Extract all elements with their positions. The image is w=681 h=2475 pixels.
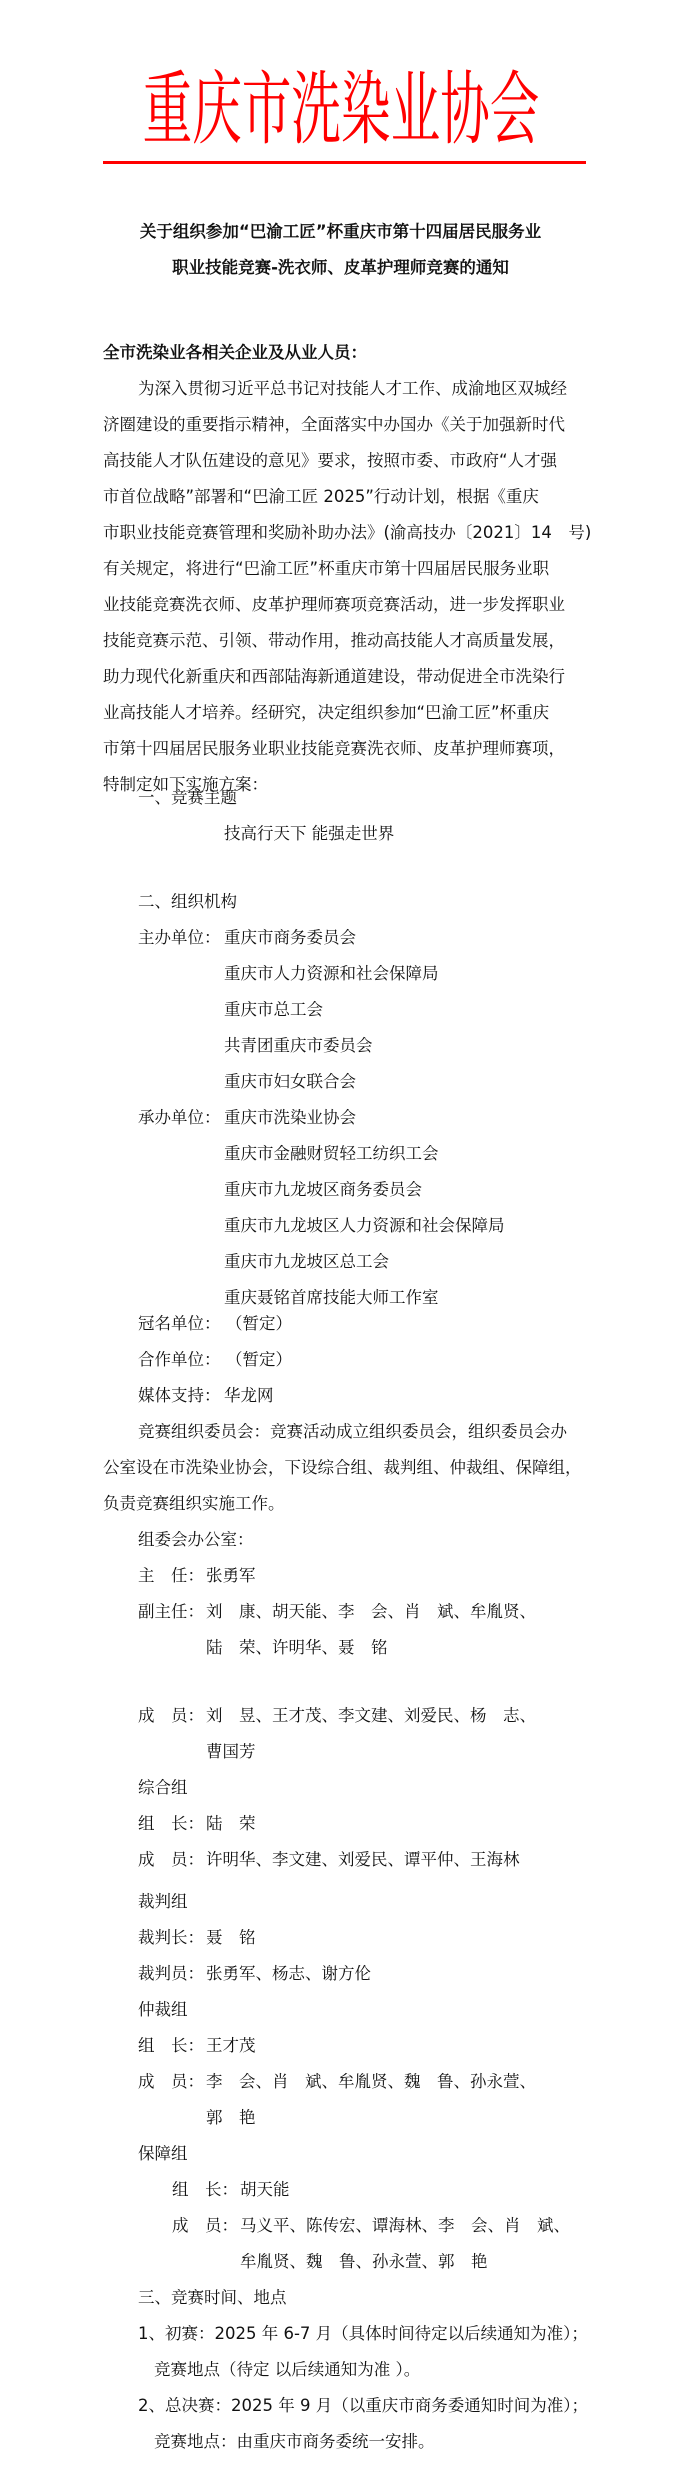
arbitration-leader-label: 组 长： — [138, 2036, 204, 2056]
office-members: 曹国芳 — [206, 1742, 256, 1762]
general-leader: 陆 荣 — [206, 1814, 256, 1834]
general-members-label: 成 员： — [138, 1850, 204, 1870]
intro-line: 技能竞赛示范、引领、带动作用，推动高技能人才高质量发展， — [103, 631, 565, 651]
intro-line: 高技能人才队伍建设的意见》要求，按照市委、市政府“人才强 — [103, 451, 557, 471]
support-leader-label: 组 长： — [172, 2180, 238, 2200]
organizer-label: 承办单位： — [138, 1108, 221, 1128]
referees: 张勇军、杨志、谢方伦 — [206, 1964, 371, 1984]
partner-value: （暂定） — [226, 1350, 292, 1370]
letterhead-red-rule — [103, 161, 586, 164]
general-leader-label: 组 长： — [138, 1814, 204, 1834]
notice-title-line2: 职业技能竞赛-洗衣师、皮革护理师竞赛的通知 — [0, 254, 681, 278]
final-venue: 竞赛地点：由重庆市商务委统一安排。 — [154, 2432, 435, 2452]
section3-heading: 三、竞赛时间、地点 — [138, 2288, 287, 2308]
organizer-item: 重庆聂铭首席技能大师工作室 — [224, 1288, 439, 1308]
office-heading: 组委会办公室： — [138, 1530, 254, 1550]
partner-label: 合作单位： — [138, 1350, 221, 1370]
support-leader: 胡天能 — [240, 2180, 290, 2200]
host-item: 共青团重庆市委员会 — [224, 1036, 373, 1056]
section1-heading: 一、竞赛主题 — [138, 788, 237, 808]
host-item: 重庆市总工会 — [224, 1000, 323, 1020]
arbitration-members-label: 成 员： — [138, 2072, 204, 2092]
title-sponsor-value: （暂定） — [226, 1314, 292, 1334]
committee-line: 负责竞赛组织实施工作。 — [103, 1494, 285, 1514]
support-members: 牟胤贤、魏 鲁、孙永萱、郭 艳 — [240, 2252, 488, 2272]
intro-line: 助力现代化新重庆和西部陆海新通道建设，带动促进全市洗染行 — [103, 667, 565, 687]
host-item: 重庆市人力资源和社会保障局 — [224, 964, 439, 984]
notice-title-line1: 关于组织参加“巴渝工匠”杯重庆市第十四届居民服务业 — [0, 218, 681, 242]
host-item: 重庆市商务委员会 — [224, 928, 356, 948]
deputy-names: 刘 康、胡天能、李 会、肖 斌、牟胤贤、 — [206, 1602, 536, 1622]
support-members-label: 成 员： — [172, 2216, 238, 2236]
media-label: 媒体支持： — [138, 1386, 221, 1406]
referee-group-heading: 裁判组 — [138, 1892, 188, 1912]
final-time: 2、总决赛：2025 年 9 月（以重庆市商务委通知时间为准）； — [138, 2396, 588, 2416]
support-members: 马义平、陈传宏、谭海林、李 会、肖 斌、 — [240, 2216, 570, 2236]
arbitration-members: 李 会、肖 斌、牟胤贤、魏 鲁、孙永萱、 — [206, 2072, 536, 2092]
intro-line: 市首位战略”部署和“巴渝工匠 2025”行动计划，根据《重庆 — [103, 487, 539, 507]
general-group-heading: 综合组 — [138, 1778, 188, 1798]
document-page: 重庆市洗染业协会 关于组织参加“巴渝工匠”杯重庆市第十四届居民服务业 职业技能竞… — [0, 0, 681, 2475]
deputy-label: 副主任： — [138, 1602, 204, 1622]
organizer-item: 重庆市洗染业协会 — [224, 1108, 356, 1128]
arbitration-leader: 王才茂 — [206, 2036, 256, 2056]
organizer-item: 重庆市九龙坡区商务委员会 — [224, 1180, 422, 1200]
title-sponsor-label: 冠名单位： — [138, 1314, 221, 1334]
intro-line: 市职业技能竞赛管理和奖励补助办法》(渝高技办〔2021〕14 号) — [103, 523, 591, 543]
intro-line: 为深入贯彻习近平总书记对技能人才工作、成渝地区双城经 — [138, 379, 567, 399]
office-members-label: 成 员： — [138, 1706, 204, 1726]
organizer-item: 重庆市九龙坡区总工会 — [224, 1252, 389, 1272]
referees-label: 裁判员： — [138, 1964, 204, 1984]
salutation: 全市洗染业各相关企业及从业人员： — [103, 343, 367, 363]
organizer-item: 重庆市金融财贸轻工纺织工会 — [224, 1144, 439, 1164]
intro-line: 业高技能人才培养。经研究，决定组织参加“巴渝工匠”杯重庆 — [103, 703, 549, 723]
chief-referee: 聂 铭 — [206, 1928, 256, 1948]
host-item: 重庆市妇女联合会 — [224, 1072, 356, 1092]
committee-line: 竞赛组织委员会：竞赛活动成立组织委员会，组织委员会办 — [138, 1422, 567, 1442]
support-group-heading: 保障组 — [138, 2144, 188, 2164]
letterhead-org-name: 重庆市洗染业协会 — [142, 62, 539, 158]
prelim-venue: 竞赛地点（待定 以后续通知为准 ）。 — [154, 2360, 420, 2380]
arbitration-members: 郭 艳 — [206, 2108, 256, 2128]
letterhead: 重庆市洗染业协会 — [0, 62, 681, 158]
director-name: 张勇军 — [206, 1566, 256, 1586]
media-value: 华龙网 — [224, 1386, 274, 1406]
competition-theme: 技高行天下 能强走世界 — [224, 824, 394, 844]
general-members: 许明华、李文建、刘爱民、谭平仲、王海林 — [206, 1850, 520, 1870]
chief-referee-label: 裁判长： — [138, 1928, 204, 1948]
director-label: 主 任： — [138, 1566, 204, 1586]
office-members: 刘 昱、王才茂、李文建、刘爱民、杨 志、 — [206, 1706, 536, 1726]
prelim-time: 1、初赛：2025 年 6-7 月（具体时间待定以后续通知为准）； — [138, 2324, 588, 2344]
section2-heading: 二、组织机构 — [138, 892, 237, 912]
committee-line: 公室设在市洗染业协会，下设综合组、裁判组、仲裁组、保障组， — [103, 1458, 582, 1478]
intro-line: 有关规定，将进行“巴渝工匠”杯重庆市第十四届居民服务业职 — [103, 559, 549, 579]
host-label: 主办单位： — [138, 928, 221, 948]
intro-line: 市第十四届居民服务业职业技能竞赛洗衣师、皮革护理师赛项， — [103, 739, 565, 759]
intro-line: 业技能竞赛洗衣师、皮革护理师赛项竞赛活动，进一步发挥职业 — [103, 595, 565, 615]
arbitration-group-heading: 仲裁组 — [138, 2000, 188, 2020]
intro-line: 济圈建设的重要指示精神，全面落实中办国办《关于加强新时代 — [103, 415, 565, 435]
deputy-names: 陆 荣、许明华、聂 铭 — [206, 1638, 388, 1658]
organizer-item: 重庆市九龙坡区人力资源和社会保障局 — [224, 1216, 505, 1236]
